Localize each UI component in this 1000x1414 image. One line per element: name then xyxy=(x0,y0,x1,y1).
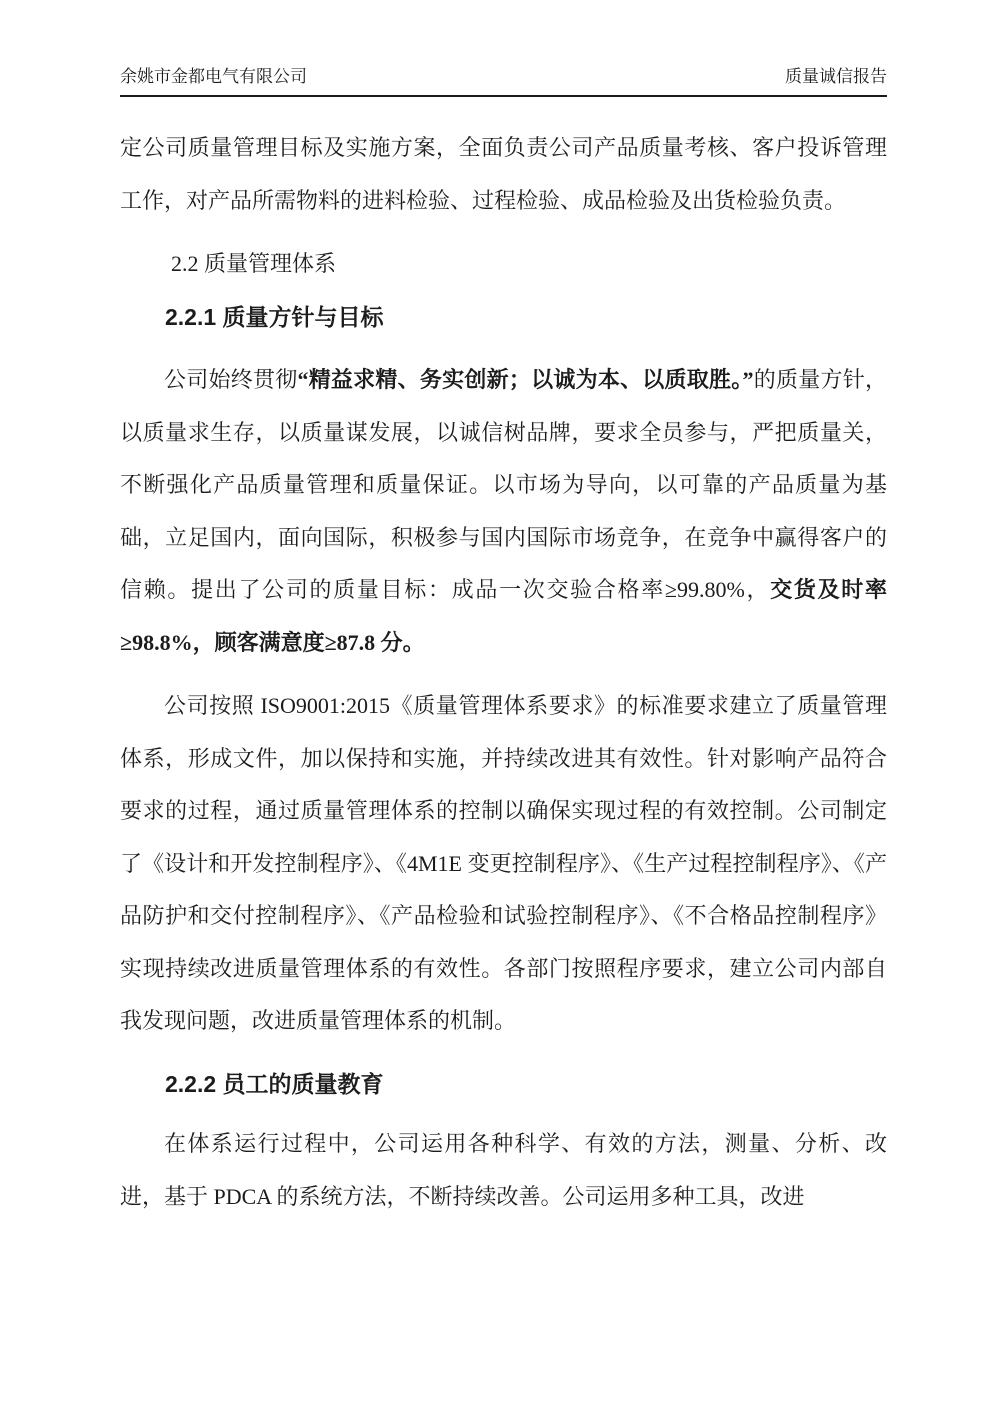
heading-2-2-quality-system: 2.2 质量管理体系 xyxy=(120,238,887,291)
page-content: 余姚市金都电气有限公司 质量诚信报告 定公司质量管理目标及实施方案，全面负责公司… xyxy=(120,64,887,1223)
policy-run-body: 的质量方针，以质量求生存，以质量谋发展，以诚信树品牌，要求全员参与，严把质量关，… xyxy=(120,367,887,602)
paragraph-pdca: 在体系运行过程中，公司运用各种科学、有效的方法，测量、分析、改进，基于 PDCA… xyxy=(120,1118,887,1223)
policy-run-intro: 公司始终贯彻 xyxy=(164,367,297,392)
paragraph-quality-policy: 公司始终贯彻“精益求精、务实创新；以诚为本、以质取胜。”的质量方针，以质量求生存… xyxy=(120,354,887,669)
header-report-title: 质量诚信报告 xyxy=(785,64,887,90)
page-header: 余姚市金都电气有限公司 质量诚信报告 xyxy=(120,64,887,97)
heading-2-2-2-employee-education: 2.2.2 员工的质量教育 xyxy=(120,1058,887,1111)
heading-2-2-1-quality-policy: 2.2.1 质量方针与目标 xyxy=(120,291,887,344)
header-company-name: 余姚市金都电气有限公司 xyxy=(120,64,307,90)
document-page: 余姚市金都电气有限公司 质量诚信报告 定公司质量管理目标及实施方案，全面负责公司… xyxy=(0,0,1000,1414)
policy-run-motto: “精益求精、务实创新；以诚为本、以质取胜。” xyxy=(297,367,753,392)
paragraph-duty-continuation: 定公司质量管理目标及实施方案，全面负责公司产品质量考核、客户投诉管理工作，对产品… xyxy=(120,122,887,227)
document-body: 定公司质量管理目标及实施方案，全面负责公司产品质量考核、客户投诉管理工作，对产品… xyxy=(120,122,887,1223)
paragraph-iso-system: 公司按照 ISO9001:2015《质量管理体系要求》的标准要求建立了质量管理体… xyxy=(120,680,887,1048)
